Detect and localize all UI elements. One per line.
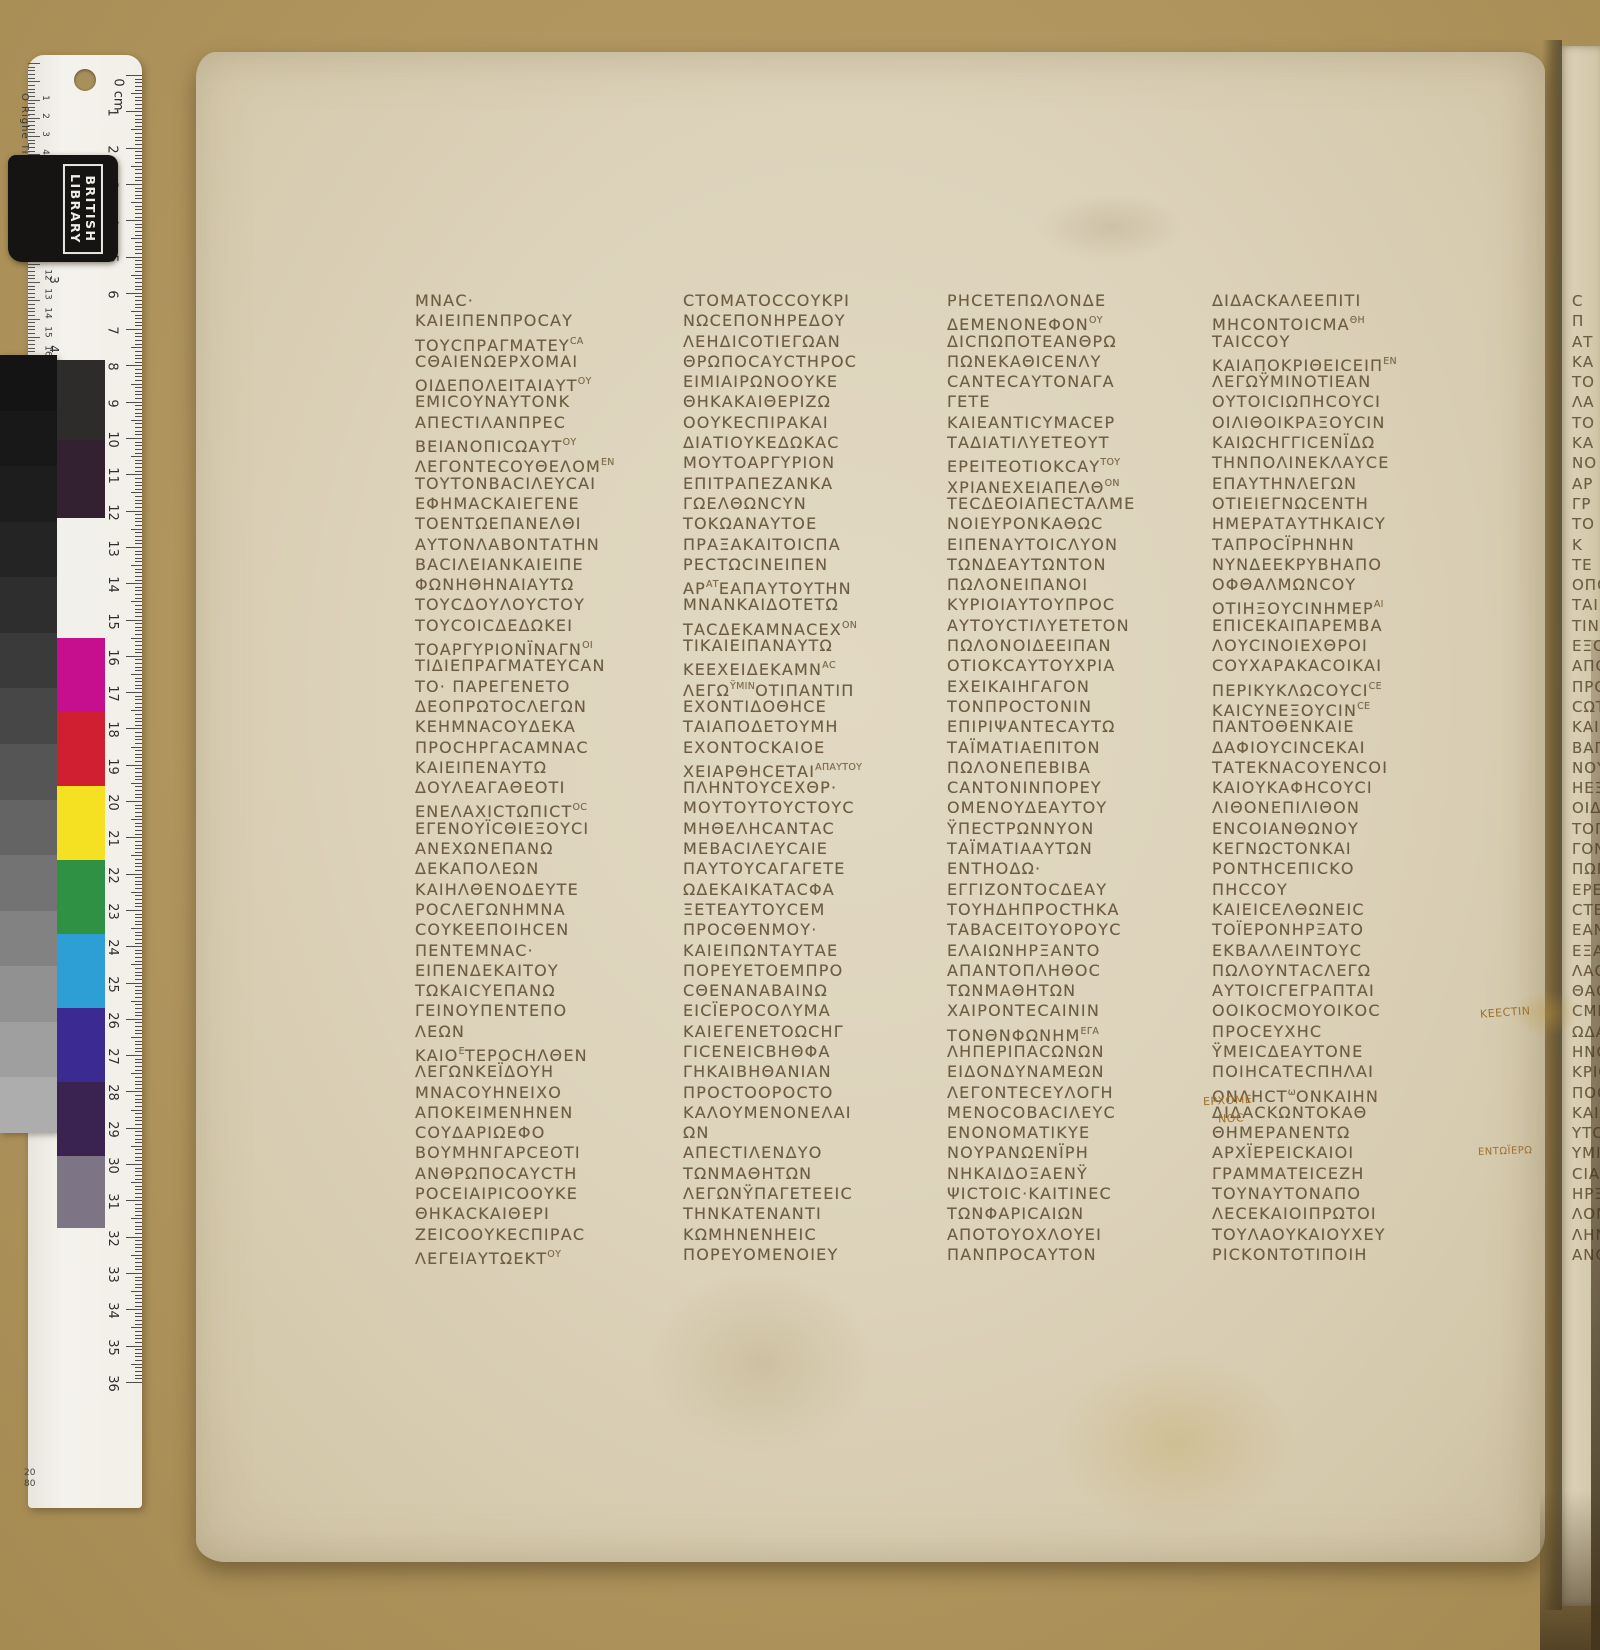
manuscript-line: ΠΩΛΟΝΕΙΠΑΝΟΙ xyxy=(947,575,1199,595)
ruler-code-top: 20 xyxy=(24,1468,35,1479)
ruler-tick-mm xyxy=(135,972,142,973)
ruler-tick-mm xyxy=(135,115,142,116)
ruler-tick-mm xyxy=(135,696,142,697)
ruler-tick-mm xyxy=(135,1295,142,1296)
ruler-tick-mm xyxy=(135,924,142,925)
ruler-tick-mm xyxy=(135,914,142,915)
ruler-tick-mm xyxy=(135,1175,142,1176)
ruler-side-tick xyxy=(28,140,35,141)
ruler-tick-mm xyxy=(131,384,142,385)
manuscript-line: ΑΠΟΚΕΙΜΕΝΗΝΕΝ xyxy=(415,1103,667,1123)
manuscript-line: ΛΕΓΩΫΜΙΝΟΤΙΠΑΝΤΙΠ xyxy=(683,677,935,697)
ruler-side-tick xyxy=(28,151,35,152)
manuscript-line: ΑΝΘΡΩΠΟϹΑΥϹΤΗ xyxy=(415,1164,667,1184)
manuscript-line: ΔΕΚΑΠΟΛΕΩΝ xyxy=(415,859,667,879)
manuscript-line: ΠΟΙΗϹΑΤΕϹΠΗΛΑΙ xyxy=(1212,1062,1464,1082)
ruler-number: 20 xyxy=(105,794,120,811)
manuscript-line: ΤΑΔΙΑΤΙΛΥΕΤΕΟΥΤ xyxy=(947,433,1199,453)
ruler-side-tick xyxy=(28,96,35,97)
ruler-tick-mm xyxy=(135,500,142,501)
ruler-number: 28 xyxy=(105,1085,120,1102)
ruler-tick-cm xyxy=(126,765,142,766)
manuscript-line: ΕΦΗΜΑϹΚΑΙΕΓΕΝΕ xyxy=(415,494,667,514)
manuscript-line: ΜΕΝΟϹΟΒΑϹΙΛΕΥϹ xyxy=(947,1103,1199,1123)
ruler-tick-mm xyxy=(135,362,142,363)
ruler-tick-mm xyxy=(135,271,142,272)
manuscript-line: ΝΥΝΔΕΕΚΡΥΒΗΑΠΟ xyxy=(1212,555,1464,575)
ruler-tick-mm xyxy=(135,1160,142,1161)
ruler-tick-mm xyxy=(135,1197,142,1198)
page-gutter-shadow xyxy=(1542,40,1562,1610)
ruler-tick-mm xyxy=(135,968,142,969)
ruler-tick-mm xyxy=(135,246,142,247)
ruler-tick-mm xyxy=(135,739,142,740)
ruler-tick-cm xyxy=(126,1273,142,1274)
ruler-tick-mm xyxy=(135,1360,142,1361)
ruler-tick-mm xyxy=(135,1124,142,1125)
ruler-tick-mm xyxy=(135,1051,142,1052)
ruler-side-tick xyxy=(28,319,40,320)
interlinear-correction: ϹΕ xyxy=(1369,681,1382,692)
ruler-side-tick xyxy=(28,304,35,305)
ruler-tick-mm xyxy=(135,1095,142,1096)
ruler-tick-mm xyxy=(135,213,142,214)
ruler-tick-mm xyxy=(135,260,142,261)
manuscript-line: ΕΠΙΡΙΨΑΝΤΕϹΑΥΤΩ xyxy=(947,717,1199,737)
interlinear-correction: ΑϹ xyxy=(822,660,836,671)
ruler-number: 2 xyxy=(105,145,120,153)
grayscale-step xyxy=(0,411,57,467)
manuscript-line: ΜΟΥΤΟΥΤΟΥϹΤΟΥϹ xyxy=(683,798,935,818)
ruler-tick-mm xyxy=(135,398,142,399)
adjacent-page-line: ΑΤ xyxy=(1572,332,1600,352)
ruler-tick-mm xyxy=(135,336,142,337)
ruler-tick-mm xyxy=(135,667,142,668)
manuscript-line: ΑΠΕϹΤΙΛΑΝΠΡΕϹ xyxy=(415,413,667,433)
ruler-tick-cm xyxy=(126,1164,142,1165)
manuscript-line: ΑΝΕΧΩΝΕΠΑΝΩ xyxy=(415,839,667,859)
text-column-2: ϹΤΟΜΑΤΟϹϹΟΥΚΡΙΝΩϹΕΠΟΝΗΡΕΔΟΥΛΕΗΔΙϹΟΤΙΕΓΩΑ… xyxy=(683,291,935,1265)
ruler-number: 22 xyxy=(105,867,120,884)
ruler-tick-mm xyxy=(135,1044,142,1045)
ruler-number: 17 xyxy=(105,685,120,702)
ruler-tick-mm xyxy=(135,859,142,860)
ruler-tick-mm xyxy=(135,315,142,316)
ruler-tick-cm xyxy=(126,801,142,802)
ruler-tick-mm xyxy=(135,652,142,653)
manuscript-line: ΚΕΗΜΝΑϹΟΥΔΕΚΑ xyxy=(415,717,667,737)
grayscale-step xyxy=(0,355,57,411)
manuscript-line: ΠΑΥΤΟΥϹΑΓΑΓΕΤΕ xyxy=(683,859,935,879)
ruler-tick-mm xyxy=(135,881,142,882)
manuscript-line: ΠΡΟϹΗΡΓΑϹΑΜΝΑϹ xyxy=(415,738,667,758)
ruler-tick-mm xyxy=(135,1277,142,1278)
ruler-tick-mm xyxy=(131,1110,142,1111)
manuscript-line: ΚΑΙΩϹΗΓΓΙϹΕΝΪΔΩ xyxy=(1212,433,1464,453)
ruler-number: 23 xyxy=(105,903,120,920)
ruler-tick-mm xyxy=(135,616,142,617)
manuscript-line: ϹΟΥΚΕΕΠΟΙΗϹΕΝ xyxy=(415,920,667,940)
marginal-gloss: ΝΟϹ xyxy=(1218,1111,1245,1125)
ruler-tick-mm xyxy=(135,772,142,773)
manuscript-line: ΕΙΔΟΝΔΥΝΑΜΕΩΝ xyxy=(947,1062,1199,1082)
parchment-stain xyxy=(646,1267,876,1457)
manuscript-line: ΤΕϹΔΕΟΙΑΠΕϹΤΑΛΜΕ xyxy=(947,494,1199,514)
ruler-tick-mm xyxy=(135,482,142,483)
manuscript-line: ΕΚΒΑΛΛΕΙΝΤΟΥϹ xyxy=(1212,941,1464,961)
manuscript-line: ΤΟΥϹΔΟΥΛΟΥϹΤΟΥ xyxy=(415,595,667,615)
ruler-tick-mm xyxy=(135,119,142,120)
ruler-tick-mm xyxy=(135,1320,142,1321)
ruler-tick-mm xyxy=(135,993,142,994)
ruler-tick-mm xyxy=(135,521,142,522)
ruler-tick-mm xyxy=(135,1378,142,1379)
ruler-tick-mm xyxy=(131,529,142,530)
manuscript-line: ΛΕΓΕΙΑΥΤΩΕΚΤΟΥ xyxy=(415,1245,667,1265)
ruler-tick-mm xyxy=(135,1298,142,1299)
ruler-tick-mm xyxy=(135,1375,142,1376)
manuscript-line: ΤΗΝΠΟΛΙΝΕΚΛΑΥϹΕ xyxy=(1212,453,1464,473)
manuscript-line: ΑΥΤΟΝΛΑΒΟΝΤΑΤΗΝ xyxy=(415,535,667,555)
ruler-side-number: 3 xyxy=(40,131,50,137)
manuscript-line: ΚΑΙΕΑΝΤΙϹΥΜΑϹΕΡ xyxy=(947,413,1199,433)
ruler-tick-mm xyxy=(135,957,142,958)
ruler-tick-mm xyxy=(135,1012,142,1013)
color-patch-magenta xyxy=(57,638,105,712)
ruler-tick-mm xyxy=(135,630,142,631)
ruler-tick-mm xyxy=(135,554,142,555)
ruler-tick-mm xyxy=(135,790,142,791)
ruler-tick-cm xyxy=(126,1019,142,1020)
grayscale-calibration-strip xyxy=(0,355,57,1133)
ruler-side-tick xyxy=(28,348,35,349)
manuscript-line: ΕΝΟΝΟΜΑΤΙΚΥΕ xyxy=(947,1123,1199,1143)
manuscript-line: ΤΩΝΜΑΘΗΤΩΝ xyxy=(683,1164,935,1184)
manuscript-line: ΚΑΙΕΙΠΕΝΑΥΤΩ xyxy=(415,758,667,778)
ruler-side-number: 14 xyxy=(43,307,53,318)
ruler-tick-mm xyxy=(135,551,142,552)
manuscript-line: ΤΟΚΩΑΝΑΥΤΟΕ xyxy=(683,514,935,534)
manuscript-line: ΚΑΙΗΛΘΕΝΟΔΕΥΤΕ xyxy=(415,880,667,900)
ruler-number: 21 xyxy=(105,831,120,848)
manuscript-line: ΚΑΙΕΓΕΝΕΤΟΩϹΗΓ xyxy=(683,1022,935,1042)
ruler-tick-mm xyxy=(135,1349,142,1350)
ruler-side-tick xyxy=(28,107,35,108)
ruler-tick-mm xyxy=(135,598,142,599)
ruler-tick-mm xyxy=(135,1316,142,1317)
manuscript-line: ΤΟΝΠΡΟϹΤΟΝΙΝ xyxy=(947,697,1199,717)
ruler-tick-mm xyxy=(131,1001,142,1002)
ruler-side-tick xyxy=(28,92,35,93)
manuscript-line: ΤΩΚΑΙϹΥΕΠΑΝΩ xyxy=(415,981,667,1001)
ruler-tick-mm xyxy=(135,805,142,806)
ruler-side-tick xyxy=(28,125,35,126)
grayscale-step xyxy=(0,1022,57,1078)
ruler-tick-mm xyxy=(131,1146,142,1147)
manuscript-line: ΤΩΝΦΑΡΙϹΑΙΩΝ xyxy=(947,1204,1199,1224)
interlinear-correction: ΘΗ xyxy=(1350,315,1365,326)
interlinear-correction: ΟΝ xyxy=(1105,478,1120,489)
interlinear-correction: ΟΙ xyxy=(582,640,593,651)
ruler-tick-mm xyxy=(135,373,142,374)
ruler-tick-mm xyxy=(135,561,142,562)
ruler-tick-mm xyxy=(135,866,142,867)
ruler-number: 14 xyxy=(105,576,120,593)
manuscript-line: ΫΠΕϹΤΡΩΝΝΥΟΝ xyxy=(947,819,1199,839)
manuscript-line: ΕΧΟΝΤΙΔΟΘΗϹΕ xyxy=(683,697,935,717)
manuscript-line: ΡΗϹΕΤΕΠΩΛΟΝΔΕ xyxy=(947,291,1199,311)
ruler-tick-mm xyxy=(135,703,142,704)
ruler-tick-mm xyxy=(131,1364,142,1365)
table-shadow-corner xyxy=(1540,1490,1600,1650)
ruler-tick-mm xyxy=(135,921,142,922)
manuscript-line: ΠΡΟϹΘΕΝΜΟΥ· xyxy=(683,920,935,940)
ruler-tick-mm xyxy=(135,1284,142,1285)
ruler-tick-mm xyxy=(135,304,142,305)
ruler-side-tick xyxy=(28,344,35,345)
ruler-number: 30 xyxy=(105,1157,120,1174)
ruler-tick-mm xyxy=(135,1117,142,1118)
ruler-tick-mm xyxy=(131,311,142,312)
manuscript-line: ΞΕΤΕΑΥΤΟΥϹΕΜ xyxy=(683,900,935,920)
ruler-tick-mm xyxy=(135,884,142,885)
ruler-tick-mm xyxy=(135,779,142,780)
ruler-tick-mm xyxy=(135,823,142,824)
ruler-tick-mm xyxy=(135,863,142,864)
ruler-tick-mm xyxy=(135,797,142,798)
ruler-tick-mm xyxy=(135,1204,142,1205)
ruler-tick-mm xyxy=(135,576,142,577)
manuscript-line: ΟΙΔΕΠΟΛΕΙΤΑΙΑΥΤΟΥ xyxy=(415,372,667,392)
ruler-tick-mm xyxy=(135,572,142,573)
interlinear-correction: ϹΕ xyxy=(1357,701,1370,712)
manuscript-line: ΟΤΙΟΚϹΑΥΤΟΥΧΡΙΑ xyxy=(947,656,1199,676)
ruler-tick-mm xyxy=(135,721,142,722)
manuscript-line: ΧΕΙΑΡΘΗϹΕΤΑΙΑΠΑΥΤΟΥ xyxy=(683,758,935,778)
manuscript-line: ΧΑΙΡΟΝΤΕϹΑΙΝΙΝ xyxy=(947,1001,1199,1021)
manuscript-line: ΕΧΕΙΚΑΙΗΓΑΓΟΝ xyxy=(947,677,1199,697)
ruler-tick-mm xyxy=(135,380,142,381)
ruler-tick-mm xyxy=(131,347,142,348)
manuscript-line: ΑΠΟΤΟΥΟΧΛΟΥΕΙ xyxy=(947,1225,1199,1245)
ruler-tick-mm xyxy=(135,227,142,228)
ruler-side-tick xyxy=(28,293,35,294)
ruler-tick-mm xyxy=(135,590,142,591)
ruler-tick-mm xyxy=(135,416,142,417)
manuscript-line: ΠΩΝΕΚΑΘΙϹΕΝΛΥ xyxy=(947,352,1199,372)
ruler-tick-mm xyxy=(135,743,142,744)
ruler-tick-mm xyxy=(135,467,142,468)
color-patch-violet xyxy=(57,1008,105,1082)
interlinear-correction: ω xyxy=(1288,1087,1296,1098)
ruler-tick-mm xyxy=(135,79,142,80)
manuscript-line: ΡΕϹΤΩϹΙΝΕΙΠΕΝ xyxy=(683,555,935,575)
ruler-tick-cm xyxy=(126,620,142,621)
ruler-tick-mm xyxy=(135,1026,142,1027)
manuscript-line: ΧΡΙΑΝΕΧΕΙΑΠΕΛΘΟΝ xyxy=(947,474,1199,494)
ruler-tick-mm xyxy=(135,525,142,526)
ruler-side-tick xyxy=(28,118,40,119)
ruler-tick-mm xyxy=(135,1338,142,1339)
manuscript-line: ΑΥΤΟΙϹΓΕΓΡΑΠΤΑΙ xyxy=(1212,981,1464,1001)
ruler-tick-mm xyxy=(135,1193,142,1194)
ruler-tick-cm xyxy=(126,511,142,512)
manuscript-line: ΒΑϹΙΛΕΙΑΝΚΑΙΕΙΠΕ xyxy=(415,555,667,575)
ruler-tick-mm xyxy=(135,1240,142,1241)
manuscript-line: ΓΩΕΛΘΩΝϹΥΝ xyxy=(683,494,935,514)
manuscript-line: ΤΟΥϹΠΡΑΓΜΑΤΕΥϹΑ xyxy=(415,332,667,352)
ruler-tick-mm xyxy=(135,1233,142,1234)
interlinear-correction: ΕΝ xyxy=(1383,356,1397,367)
color-patch-yellow xyxy=(57,786,105,860)
ruler-side-tick xyxy=(28,289,35,290)
brand-line2: LIBRARY xyxy=(68,174,83,244)
interlinear-correction: ΑΠΑΥΤΟΥ xyxy=(815,762,862,773)
adjacent-page-line: Κ xyxy=(1572,535,1600,555)
ruler-tick-mm xyxy=(131,964,142,965)
ruler-tick-cm xyxy=(126,1382,142,1383)
ruler-tick-mm xyxy=(135,1062,142,1063)
ruler-tick-mm xyxy=(135,463,142,464)
color-patch-red xyxy=(57,712,105,786)
ruler-tick-mm xyxy=(135,460,142,461)
ruler-tick-mm xyxy=(135,1356,142,1357)
ruler-tick-mm xyxy=(135,1226,142,1227)
ruler-tick-mm xyxy=(135,355,142,356)
adjacent-page-line: ΟΠΟ xyxy=(1572,575,1600,595)
ruler-side-tick xyxy=(28,311,35,312)
ruler-tick-mm xyxy=(131,1327,142,1328)
ruler-tick-mm xyxy=(135,986,142,987)
ruler-tick-mm xyxy=(135,391,142,392)
color-calibration-patches xyxy=(57,360,105,1228)
manuscript-line: ΔΙΑΤΙΟΥΚΕΔΩΚΑϹ xyxy=(683,433,935,453)
manuscript-line: ΛΕΓΩΝΚΕΪΔΟΥΗ xyxy=(415,1062,667,1082)
manuscript-line: ΤΙΚΑΙΕΙΠΑΝΑΥΤΩ xyxy=(683,636,935,656)
ruler-tick-mm xyxy=(135,1153,142,1154)
ruler-tick-mm xyxy=(135,580,142,581)
ruler-tick-cm xyxy=(126,257,142,258)
ruler-tick-mm xyxy=(135,961,142,962)
ruler-tick-mm xyxy=(135,808,142,809)
manuscript-line: ΔΙϹΠΩΠΟΤΕΑΝΘΡΩ xyxy=(947,332,1199,352)
manuscript-line: ΓΕΤΕ xyxy=(947,392,1199,412)
ruler-tick-cm xyxy=(126,148,142,149)
ruler-tick-mm xyxy=(135,158,142,159)
ruler-tick-mm xyxy=(135,1131,142,1132)
manuscript-line: ΛΕΗΔΙϹΟΤΙΕΓΩΑΝ xyxy=(683,332,935,352)
manuscript-line: ΩΝ xyxy=(683,1123,935,1143)
manuscript-line: ΦΩΝΗΘΗΝΑΙΑΥΤΩ xyxy=(415,575,667,595)
ruler-tick-mm xyxy=(135,532,142,533)
ruler-tick-mm xyxy=(135,1335,142,1336)
ruler-tick-mm xyxy=(135,685,142,686)
ruler-tick-mm xyxy=(135,997,142,998)
manuscript-line: ΜΟΥΤΟΑΡΓΥΡΙΟΝ xyxy=(683,453,935,473)
ruler-tick-cm xyxy=(126,1091,142,1092)
manuscript-line: ΤΟ· ΠΑΡΕΓΕΝΕΤΟ xyxy=(415,677,667,697)
ruler-tick-mm xyxy=(135,1280,142,1281)
grayscale-step xyxy=(0,633,57,689)
manuscript-line: ΒΕΙΑΝΟΠΙϹΩΑΥΤΟΥ xyxy=(415,433,667,453)
ruler-tick-cm xyxy=(126,1309,142,1310)
ruler-number: 6 xyxy=(105,290,120,298)
manuscript-line: ΜΝΑϹΟΥΗΝΕΙΧΟ xyxy=(415,1083,667,1103)
manuscript-line: ΚΕΓΝΩϹΤΟΝΚΑΙ xyxy=(1212,839,1464,859)
manuscript-line: ΛΟΥϹΙΝΟΙΕΧΘΡΟΙ xyxy=(1212,636,1464,656)
ruler-tick-mm xyxy=(135,1113,142,1114)
interlinear-correction: ΕΓΑ xyxy=(1081,1026,1100,1037)
grayscale-step xyxy=(0,800,57,856)
manuscript-line: ΔΙΔΑϹΚΩΝΤΟΚΑΘ xyxy=(1212,1103,1464,1123)
ruler-number: 9 xyxy=(105,399,120,407)
ruler-tick-mm xyxy=(135,296,142,297)
ruler-side-tick xyxy=(28,267,35,268)
manuscript-line: ΡΙϹΚΟΝΤΟΤΙΠΟΙΗ xyxy=(1212,1245,1464,1265)
marginal-gloss: ΕΡΧΟΜΕ xyxy=(1203,1093,1253,1109)
ruler-tick-mm xyxy=(135,1099,142,1100)
ruler-side-tick xyxy=(28,147,35,148)
ruler-tick-mm xyxy=(135,935,142,936)
ruler-tick-mm xyxy=(135,409,142,410)
adjacent-page-line: ΚΑ xyxy=(1572,352,1600,372)
ruler-side-tick xyxy=(28,308,35,309)
ruler-tick-mm xyxy=(135,841,142,842)
manuscript-line: ΑΡΧΪΕΡΕΙϹΚΑΙΟΙ xyxy=(1212,1143,1464,1163)
manuscript-line: ΤΟΑΡΓΥΡΙΟΝΪΝΑΓΝΟΙ xyxy=(415,636,667,656)
manuscript-line: ΤΗΝΚΑΤΕΝΑΝΤΙ xyxy=(683,1204,935,1224)
ruler-side-tick xyxy=(28,136,40,137)
ruler-tick-mm xyxy=(135,1059,142,1060)
manuscript-line: ΛΕΓΟΝΤΕϹΕΥΛΟΓΗ xyxy=(947,1083,1199,1103)
ruler-tick-mm xyxy=(135,1313,142,1314)
ruler-tick-mm xyxy=(131,129,142,130)
ruler-tick-mm xyxy=(135,1302,142,1303)
ruler-number: 27 xyxy=(105,1048,120,1065)
ruler-tick-cm xyxy=(126,583,142,584)
ruler-tick-mm xyxy=(135,325,142,326)
interlinear-correction: ϹΑ xyxy=(570,336,584,347)
ruler-tick-mm xyxy=(135,1353,142,1354)
adjacent-page-line: ΤΙΝ xyxy=(1572,616,1600,636)
manuscript-line: ΝΟΥΡΑΝΩΕΝΪΡΗ xyxy=(947,1143,1199,1163)
color-patch-gray-violet xyxy=(57,1156,105,1228)
manuscript-line: ΕΠΙϹΕΚΑΙΠΑΡΕΜΒΑ xyxy=(1212,616,1464,636)
ruler-tick-mm xyxy=(135,663,142,664)
ruler-side-tick xyxy=(28,89,35,90)
text-column-4: ΔΙΔΑϹΚΑΛΕΕΠΙΤΙΜΗϹΟΝΤΟΙϹΜΑΘΗΤΑΙϹϹΟΥΚΑΙΑΠΟ… xyxy=(1212,291,1464,1265)
ruler-tick-mm xyxy=(135,318,142,319)
ruler-number: 24 xyxy=(105,939,120,956)
adjacent-page-line: ΤΟ xyxy=(1572,413,1600,433)
manuscript-line: ΠΡΑΞΑΚΑΙΤΟΙϹΠΑ xyxy=(683,535,935,555)
ruler-tick-mm xyxy=(135,641,142,642)
ruler-tick-mm xyxy=(135,917,142,918)
ruler-tick-mm xyxy=(131,892,142,893)
ruler-tick-mm xyxy=(135,209,142,210)
ruler-side-tick xyxy=(28,278,35,279)
ruler-tick-mm xyxy=(135,1208,142,1209)
ruler-tick-mm xyxy=(135,906,142,907)
manuscript-line: ΤΩΝΔΕΑΥΤΩΝΤΟΝ xyxy=(947,555,1199,575)
ruler-tick-mm xyxy=(135,423,142,424)
ruler-side-tick xyxy=(28,81,40,82)
manuscript-line: ΛΗΠΕΡΙΠΑϹΩΝΩΝ xyxy=(947,1042,1199,1062)
ruler-tick-mm xyxy=(131,638,142,639)
manuscript-line: ΟΥΤΟΙϹΙΩΠΗϹΟΥϹΙ xyxy=(1212,392,1464,412)
ruler-tick-mm xyxy=(135,344,142,345)
interlinear-correction: ΟΥ xyxy=(547,1249,561,1260)
